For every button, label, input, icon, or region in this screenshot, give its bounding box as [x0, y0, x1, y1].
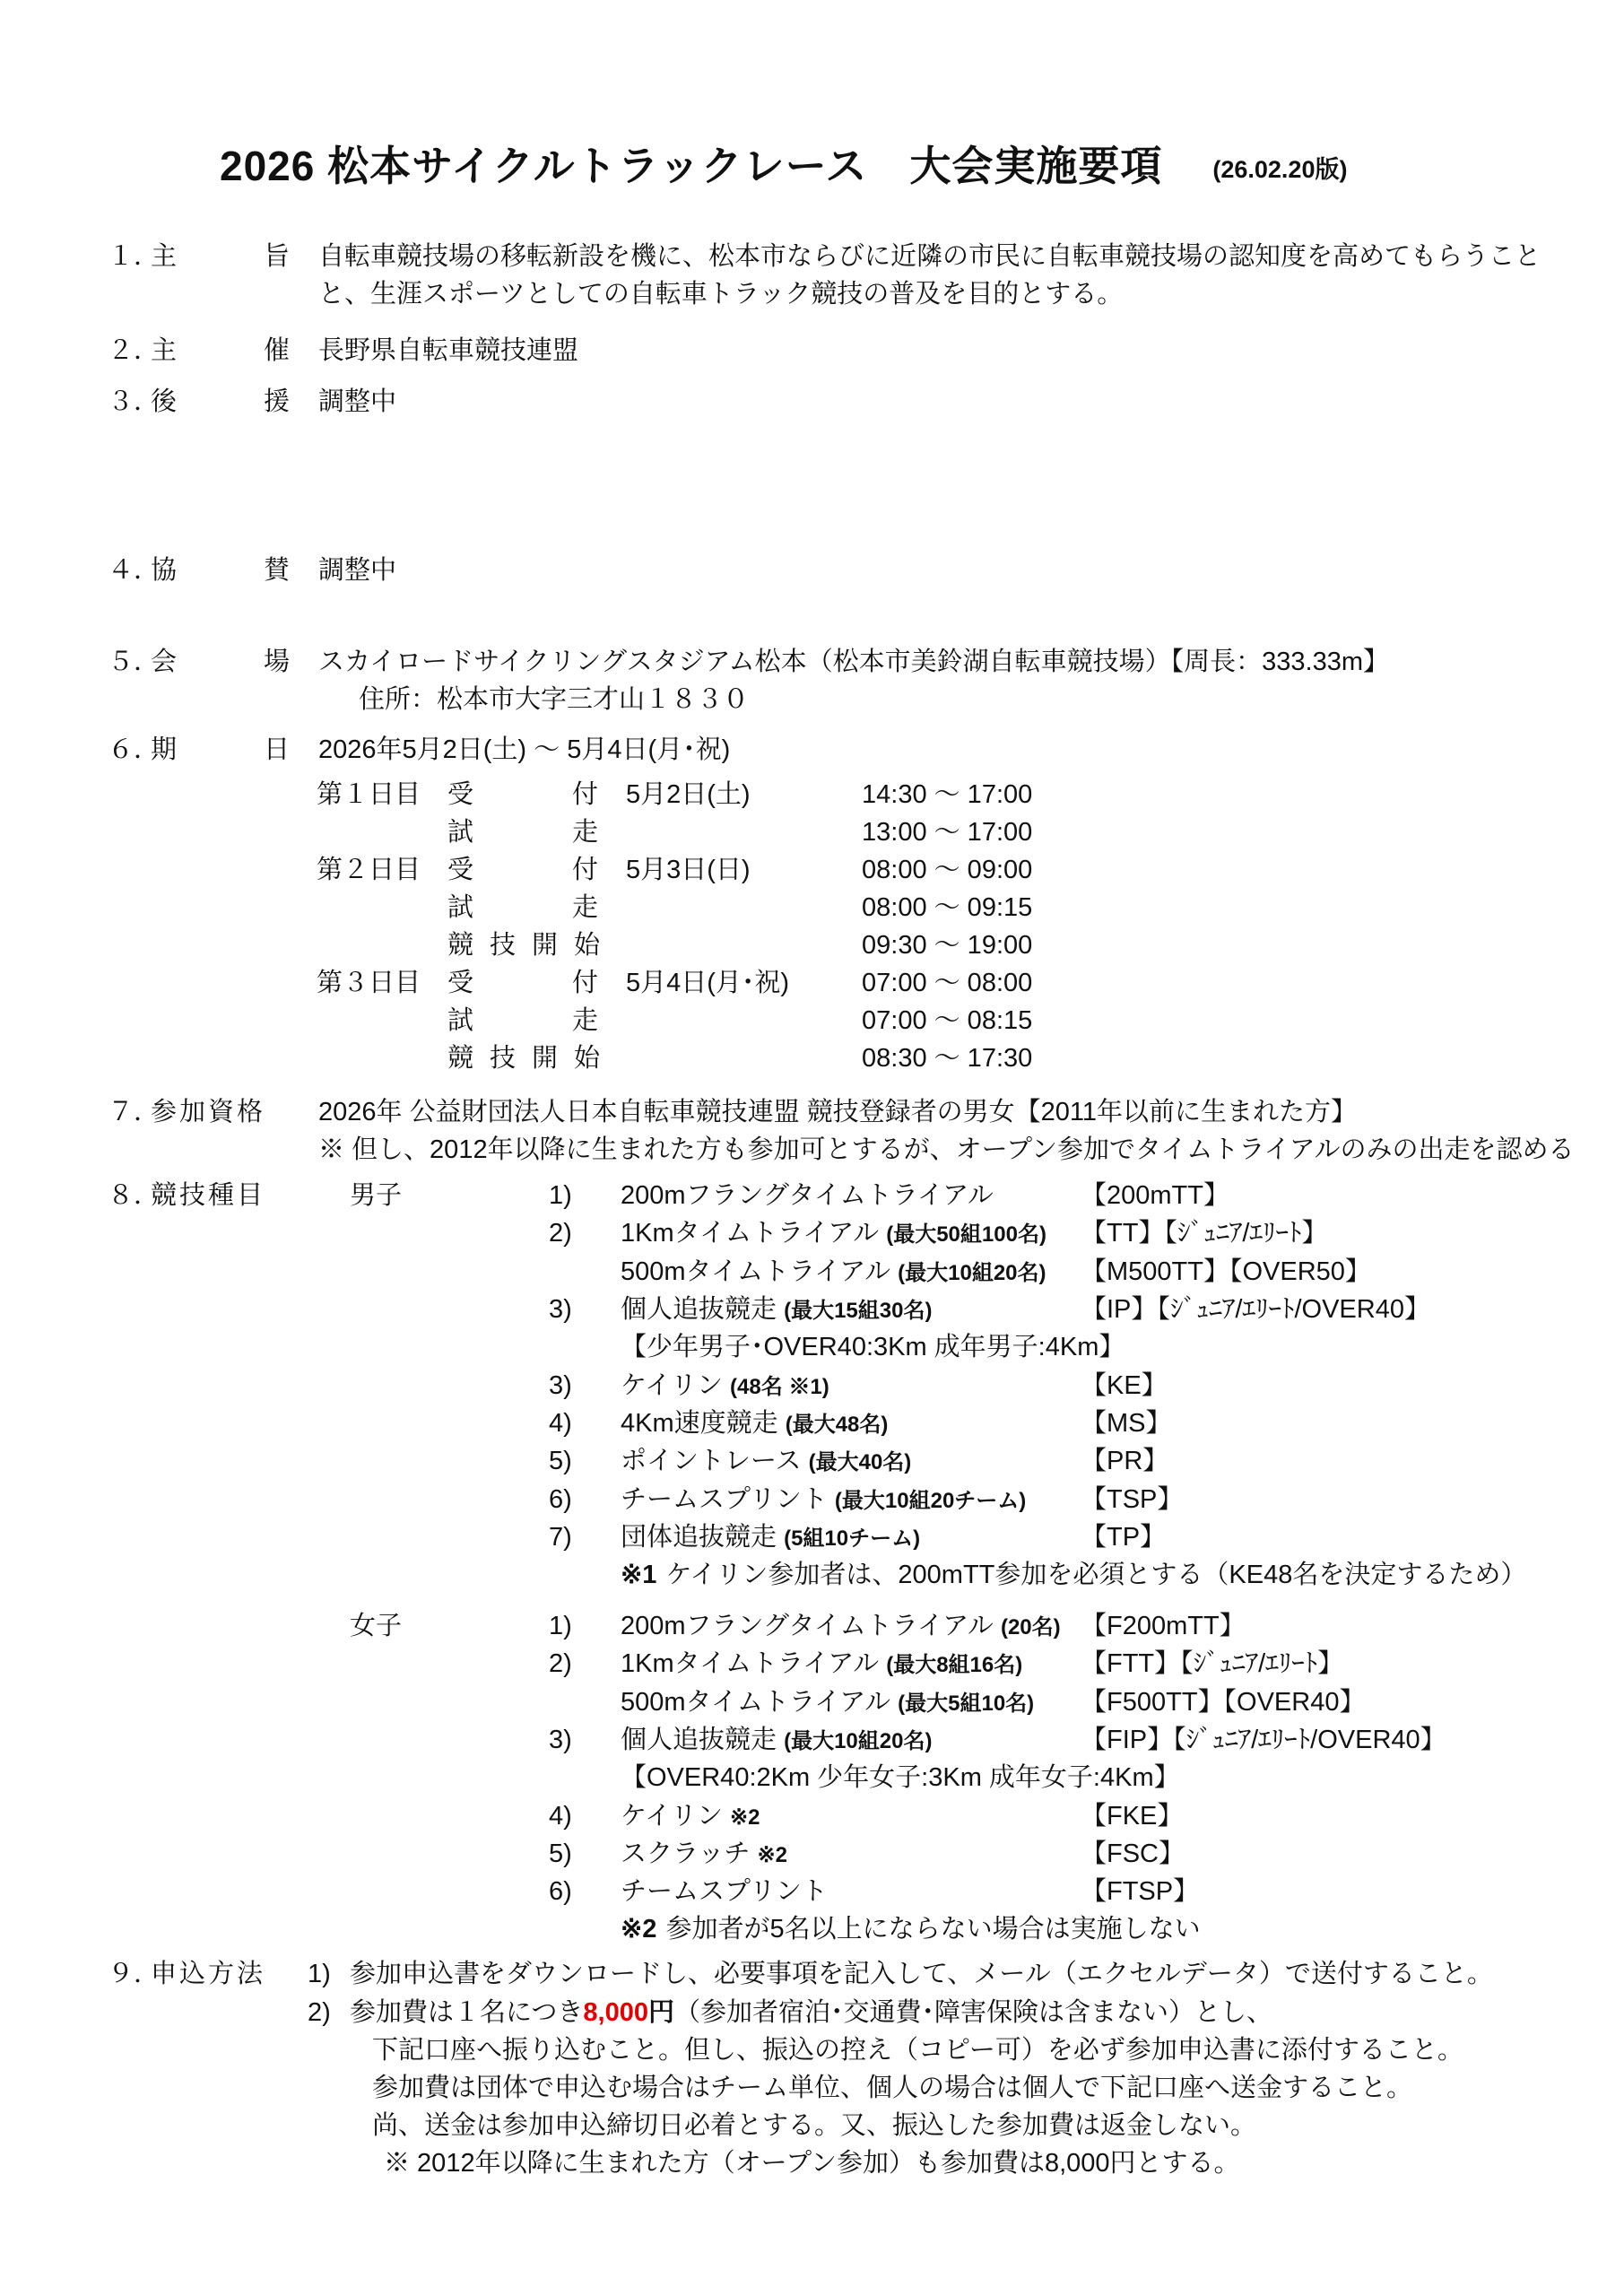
event-name-text: スクラッチ [621, 1839, 750, 1868]
event-name-text: ケイリン [621, 1371, 723, 1400]
note-text: ケイリン参加者は、200mTT参加を必須とする（KE48名を決定するため） [665, 1561, 1526, 1589]
schedule-time: 13:00 ～ 17:00 [862, 816, 1032, 848]
fee-yen: 円 [648, 1998, 674, 2027]
event-number: 4) [549, 1407, 572, 1439]
schedule-time: 08:30 ～ 17:30 [862, 1042, 1032, 1074]
note-marker: ※2 [621, 1915, 656, 1944]
schedule-time: 08:00 ～ 09:00 [862, 854, 1032, 886]
apply-continuation: 参加費は団体で申込む場合はチーム単位、個人の場合は個人で下記口座へ送金すること。 [372, 2072, 1412, 2104]
event-number: 5) [549, 1838, 572, 1870]
note-marker: ※1 [621, 1561, 656, 1589]
event-limit: (最大8組16名) [886, 1653, 1022, 1677]
schedule-activity: 競技開始 [447, 929, 616, 961]
schedule-activity: 試走 [447, 891, 697, 924]
apply-step-text: 参加費は１名につき8,000円（参加者宿泊･交通費･障害保険は含まない）とし、 [350, 1996, 1272, 2029]
title-row: 2026 松本サイクルトラックレース 大会実施要項 (26.02.20版) [220, 143, 1347, 189]
schedule-activity: 試走 [447, 816, 697, 848]
event-name: 200mフラングタイムトライアル (20名) [621, 1610, 1061, 1642]
fee-amount: 8,000 [583, 1998, 648, 2027]
event-code: 【TT】【ｼﾞｭﾆｱ/ｴﾘｰﾄ】 [1081, 1217, 1328, 1249]
event-number: 6) [549, 1875, 572, 1908]
event-name-text: 団体追抜競走 [621, 1523, 777, 1552]
event-code: 【PR】 [1081, 1445, 1168, 1477]
event-code: 【F500TT】【OVER40】 [1081, 1686, 1365, 1718]
event-name: ケイリン (48名 ※1) [621, 1370, 829, 1402]
event-name: 団体追抜競走 (5組10チーム) [621, 1521, 920, 1553]
event-number: 3) [549, 1370, 572, 1402]
event-code: 【M500TT】【OVER50】 [1081, 1256, 1371, 1288]
event-number: 2) [549, 1648, 572, 1680]
event-code: 【KE】 [1081, 1370, 1168, 1402]
event-code: 【IP】【ｼﾞｭﾆｱ/ｴﾘｰﾄ/OVER40】 [1081, 1293, 1430, 1326]
event-limit: ※2 [730, 1805, 760, 1830]
event-name-text: 200mフラングタイムトライアル [621, 1612, 994, 1640]
event-limit: (最大10組20チーム) [835, 1489, 1026, 1513]
men-note: ※1ケイリン参加者は、200mTT参加を必須とする（KE48名を決定するため） [621, 1559, 1526, 1591]
event-name: 500mタイムトライアル (最大10組20名) [621, 1256, 1046, 1288]
item-text: 調整中 [318, 554, 396, 587]
event-limit: (5組10チーム) [784, 1526, 920, 1551]
schedule-date: 5月3日(日) [626, 854, 751, 886]
item-text: 調整中 [318, 386, 396, 418]
event-number: 1) [549, 1610, 572, 1642]
event-limit: (最大40名) [809, 1450, 912, 1474]
item-label: 競技種目 [151, 1179, 265, 1212]
schedule-time: 09:30 ～ 19:00 [862, 929, 1032, 961]
item-text: 2026年 公益財団法人日本自転車競技連盟 競技登録者の男女【2011年以前に生… [318, 1096, 1357, 1128]
event-name-text: 500mタイムトライアル [621, 1257, 890, 1286]
gender-label-women: 女子 [350, 1610, 402, 1642]
event-name: チームスプリント [621, 1875, 828, 1908]
schedule-day: 第２日目 [317, 854, 421, 886]
schedule-day: 第１日目 [317, 778, 421, 811]
event-limit: (最大15組30名) [784, 1299, 932, 1323]
schedule-time: 14:30 ～ 17:00 [862, 778, 1032, 811]
event-name-text: 200mフラングタイムトライアル [621, 1181, 994, 1210]
event-number: 4) [549, 1800, 572, 1832]
item-text: 長野県自転車競技連盟 [318, 335, 578, 367]
event-code: 【FTSP】 [1081, 1875, 1199, 1908]
item-text: ※ 但し、2012年以降に生まれた方も参加可とするが、オープン参加でタイムトライ… [318, 1134, 1574, 1166]
schedule-day: 第３日目 [317, 967, 421, 999]
women-note: ※2参加者が5名以上にならない場合は実施しない [621, 1913, 1201, 1945]
event-name: 200mフラングタイムトライアル [621, 1179, 994, 1212]
event-code: 【200mTT】 [1081, 1179, 1229, 1212]
event-code: 【FSC】 [1081, 1838, 1185, 1870]
apply-step-number: 2) [308, 1996, 331, 2029]
apply-continuation: 尚、送金は参加申込締切日必着とする。又、振込した参加費は返金しない。 [372, 2109, 1256, 2142]
event-name-text: チームスプリント [621, 1485, 828, 1514]
item-text: スカイロードサイクリングスタジアム松本（松本市美鈴湖自転車競技場）【周長：333… [318, 646, 1389, 678]
apply-step-text: 参加申込書をダウンロードし、必要事項を記入して、メール（エクセルデータ）で送付す… [350, 1958, 1493, 1990]
event-number: 2) [549, 1217, 572, 1249]
apply-note: ※ 2012年以降に生まれた方（オープン参加）も参加費は8,000円とする。 [384, 2147, 1240, 2179]
note-text: 参加者が5名以上にならない場合は実施しない [665, 1915, 1200, 1944]
apply-continuation: 下記口座へ振り込むこと。但し、振込の控え（コピー可）を必ず参加申込書に添付するこ… [372, 2034, 1463, 2066]
event-code: 【F200mTT】 [1081, 1610, 1246, 1642]
event-name-text: チームスプリント [621, 1877, 828, 1906]
schedule-activity: 競技開始 [447, 1042, 616, 1074]
event-name: チームスプリント (最大10組20チーム) [621, 1483, 1026, 1516]
item-text: と、生涯スポーツとしての自転車トラック競技の普及を目的とする。 [318, 278, 1123, 310]
event-name-text: 1Kmタイムトライアル [621, 1219, 879, 1248]
event-code: 【FTT】【ｼﾞｭﾆｱ/ｴﾘｰﾄ】 [1081, 1648, 1343, 1680]
page-title: 2026 松本サイクルトラックレース 大会実施要項 [220, 143, 1162, 189]
event-number: 7) [549, 1521, 572, 1553]
event-name-text: ポイントレース [621, 1447, 802, 1475]
event-name-text: 個人追抜競走 [621, 1295, 777, 1324]
event-name: 1Kmタイムトライアル (最大8組16名) [621, 1648, 1022, 1680]
item-text: 自転車競技場の移転新設を機に、松本市ならびに近隣の市民に自転車競技場の認知度を高… [318, 240, 1541, 273]
event-number: 1) [549, 1179, 572, 1212]
event-number: 3) [549, 1293, 572, 1326]
apply-step-number: 1) [308, 1958, 331, 1990]
event-name-text: 1Kmタイムトライアル [621, 1649, 879, 1678]
schedule-time: 07:00 ～ 08:00 [862, 967, 1032, 999]
event-name-text: 個人追抜競走 [621, 1726, 777, 1754]
event-limit: (最大10組20名) [898, 1261, 1046, 1285]
event-name: ケイリン ※2 [621, 1800, 760, 1832]
event-limit: (最大50組100名) [886, 1222, 1046, 1247]
event-distance-note: 【少年男子･OVER40:3Km 成年男子:4Km】 [621, 1331, 1125, 1363]
event-limit: (最大5組10名) [898, 1692, 1034, 1716]
schedule-activity: 試走 [447, 1004, 697, 1037]
gender-label-men: 男子 [350, 1179, 402, 1212]
item-text: 2026年5月2日(土) ～ 5月4日(月･祝) [318, 734, 730, 766]
event-code: 【FIP】【ｼﾞｭﾆｱ/ｴﾘｰﾄ/OVER40】 [1081, 1724, 1446, 1756]
event-limit: (48名 ※1) [730, 1375, 829, 1399]
schedule-time: 08:00 ～ 09:15 [862, 891, 1032, 924]
event-name: 1Kmタイムトライアル (最大50組100名) [621, 1217, 1046, 1249]
event-limit: (最大48名) [786, 1413, 889, 1437]
event-code: 【TP】 [1081, 1521, 1166, 1553]
fee-text-pre: 参加費は１名につき [350, 1998, 583, 2027]
event-name-text: 4Km速度競走 [621, 1409, 778, 1438]
event-code: 【FKE】 [1081, 1800, 1183, 1832]
event-limit: (20名) [1001, 1615, 1061, 1639]
event-name: 個人追抜競走 (最大15組30名) [621, 1293, 932, 1326]
schedule-date: 5月4日(月･祝) [626, 967, 789, 999]
event-number: 5) [549, 1445, 572, 1477]
event-distance-note: 【OVER40:2Km 少年女子:3Km 成年女子:4Km】 [621, 1761, 1180, 1794]
event-limit: ※2 [757, 1843, 786, 1867]
document-page: 2026 松本サイクルトラックレース 大会実施要項 (26.02.20版) １．… [0, 0, 1624, 2296]
event-number: 6) [549, 1483, 572, 1516]
event-name: 個人追抜競走 (最大10組20名) [621, 1724, 932, 1756]
event-name: スクラッチ ※2 [621, 1838, 787, 1870]
event-name-text: 500mタイムトライアル [621, 1688, 890, 1717]
item-label: 申込方法 [151, 1958, 265, 1990]
event-code: 【MS】 [1081, 1407, 1172, 1439]
item-label: 参加資格 [151, 1096, 265, 1128]
schedule-time: 07:00 ～ 08:15 [862, 1004, 1032, 1037]
event-name: 4Km速度競走 (最大48名) [621, 1407, 888, 1439]
event-limit: (最大10組20名) [784, 1729, 932, 1753]
fee-text-post: （参加者宿泊･交通費･障害保険は含まない）とし、 [674, 1998, 1272, 2027]
venue-address: 住所：松本市大字三才山１８３０ [359, 683, 749, 716]
event-name-text: ケイリン [621, 1802, 723, 1831]
version-note: (26.02.20版) [1212, 155, 1347, 189]
event-name: ポイントレース (最大40名) [621, 1445, 911, 1477]
schedule-date: 5月2日(土) [626, 778, 751, 811]
event-name: 500mタイムトライアル (最大5組10名) [621, 1686, 1034, 1718]
event-number: 3) [549, 1724, 572, 1756]
event-code: 【TSP】 [1081, 1483, 1183, 1516]
